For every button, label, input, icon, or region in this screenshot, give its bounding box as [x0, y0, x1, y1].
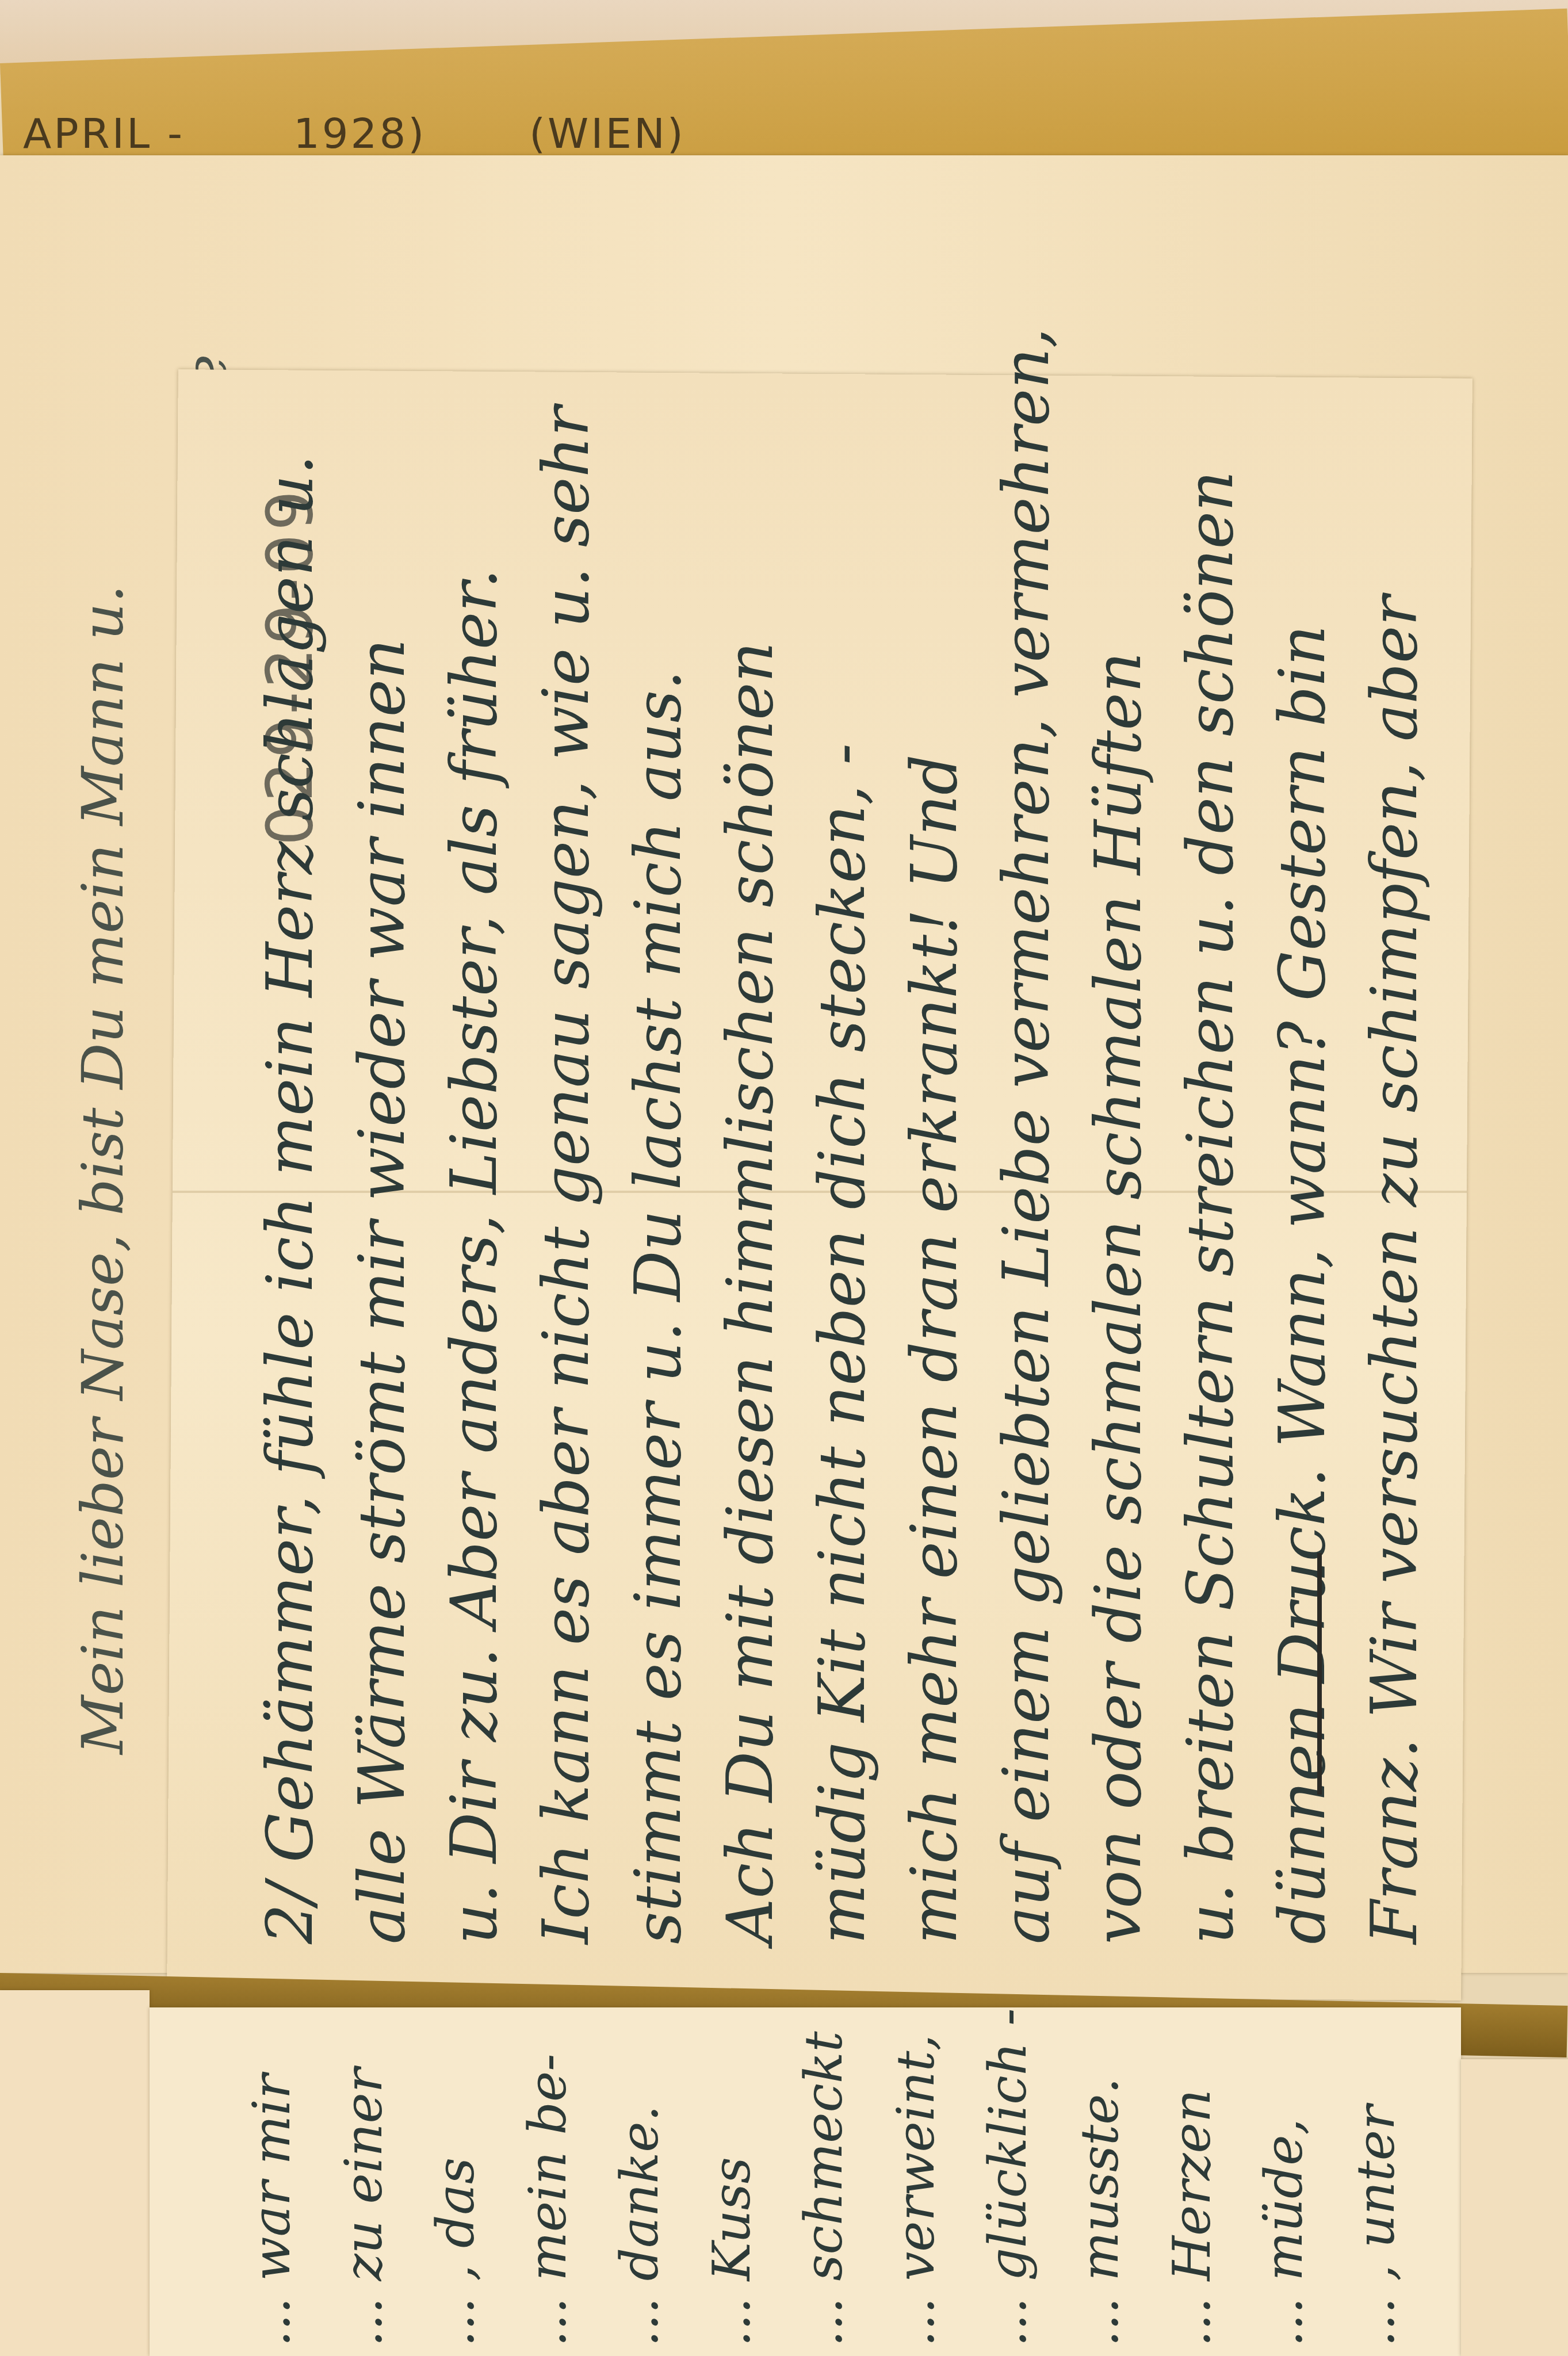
- bottom-letter-line: ... musste.: [1070, 2078, 1130, 2347]
- front-letter-line: u. Dir zu. Aber anders, Liebster, als fr…: [437, 569, 511, 1944]
- folder-date-month: APRIL -: [23, 109, 185, 158]
- front-letter-line: mich mehr einen dran erkrankt! Und: [897, 755, 971, 1944]
- front-letter-line: auf einem geliebten Liebe vermehren, ver…: [989, 328, 1063, 1944]
- bottom-letter-line: ... , unter: [1346, 2105, 1406, 2347]
- front-letter-line: Ich kann es aber nicht genau sagen, wie …: [529, 406, 603, 1944]
- back-letter-line: Mein lieber Nase, bist Du mein Mann u.: [69, 585, 136, 1755]
- bottom-letter-line: ... war mir: [242, 2074, 302, 2347]
- bottom-left-sheet: [0, 1990, 150, 2356]
- signature-underline: [1317, 1553, 1322, 1795]
- front-letter-line: u. breiten Schultern streichen u. den sc…: [1173, 471, 1247, 1944]
- front-letter-line: dünnen Druck. Wann, wann? Gestern bin: [1265, 625, 1339, 1944]
- front-letter-line: 2/ Gehämmer, fühle ich mein Herz schlage…: [253, 454, 327, 1944]
- bottom-letter-line: ... verweint,: [886, 2034, 946, 2347]
- bottom-letter-line: ... Herzen: [1162, 2089, 1222, 2347]
- front-letter-line: von oder die schmalen schmalen Hüften: [1081, 652, 1155, 1944]
- bottom-letter-line: ... Kuss: [702, 2157, 762, 2347]
- front-letter-line: Franz. Wir versuchten zu schimpfen, aber: [1357, 595, 1431, 1944]
- bottom-letter-line: ... , das: [426, 2158, 486, 2347]
- bottom-letter-line: ... danke.: [610, 2105, 670, 2347]
- front-letter-line: alle Wärme strömt mir wieder war innen: [345, 638, 419, 1944]
- front-letter-line: Ach Du mit diesen himmlischen schönen: [713, 642, 787, 1944]
- bottom-letter-line: ... müde,: [1254, 2118, 1314, 2347]
- bottom-right-sheet: [1461, 2059, 1568, 2356]
- bottom-letter-line: ... schmeckt: [794, 2031, 854, 2347]
- folder-place: (WIEN): [529, 109, 686, 158]
- front-letter-line: stimmt es immer u. Du lachst mich aus.: [621, 670, 695, 1944]
- folder-date-year: 1928): [293, 109, 426, 158]
- bottom-letter-line: ... zu einer: [334, 2068, 394, 2347]
- bottom-letter-line: ... mein be-: [518, 2053, 578, 2347]
- bottom-letter-line: ... glücklich -: [978, 2008, 1038, 2347]
- front-letter-line: müdig Kit nicht neben dich stecken, -: [805, 743, 879, 1944]
